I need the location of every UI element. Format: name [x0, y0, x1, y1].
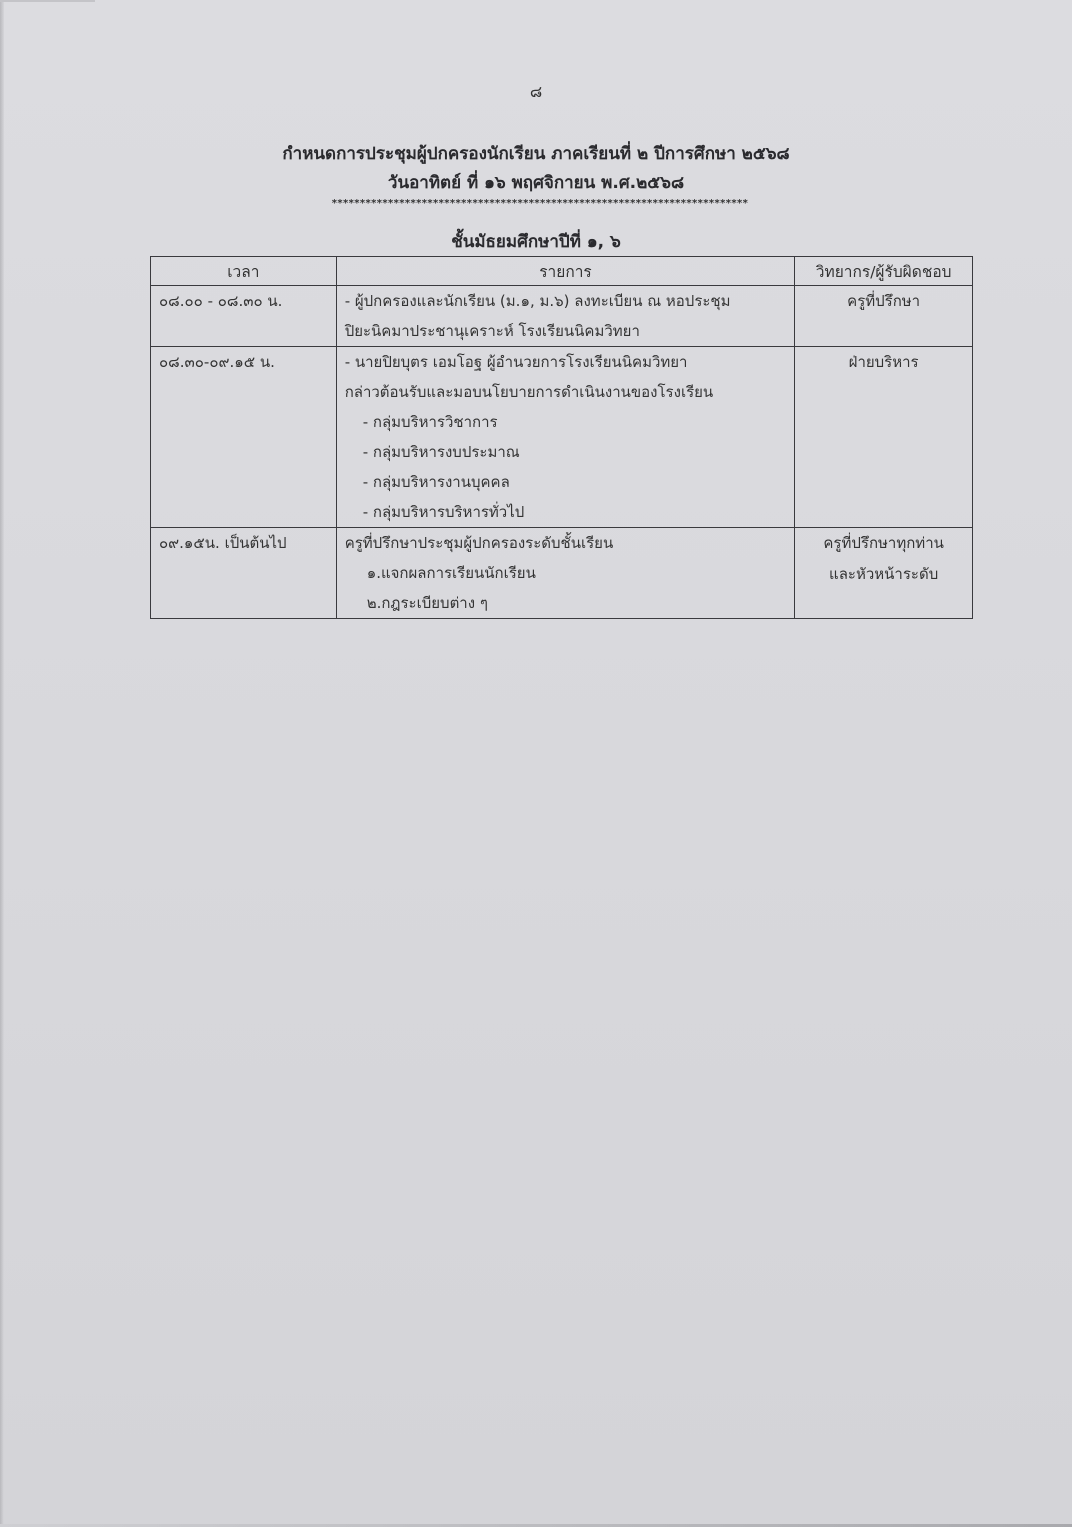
item-subline: - กลุ่มบริหารบริหารทั่วไป: [345, 497, 787, 527]
time-text: ๐๙.๑๕น. เป็นต้นไป: [159, 528, 328, 558]
schedule-table: เวลา รายการ วิทยากร/ผู้รับผิดชอบ ๐๘.๐๐ -…: [150, 256, 973, 619]
time-cell: ๐๙.๑๕น. เป็นต้นไป: [151, 528, 337, 619]
header-time: เวลา: [151, 257, 337, 286]
title-line-1: กำหนดการประชุมผู้ปกครองนักเรียน ภาคเรียน…: [0, 140, 1072, 169]
header-item: รายการ: [336, 257, 795, 286]
responsible-cell: ฝ่ายบริหาร: [795, 347, 973, 528]
item-line: - นายปิยบุตร เอมโอฐ ผู้อำนวยการโรงเรียนน…: [345, 347, 787, 377]
table-row: ๐๘.๓๐-๐๙.๑๕ น. - นายปิยบุตร เอมโอฐ ผู้อำ…: [151, 347, 973, 528]
responsible-text: ฝ่ายบริหาร: [803, 347, 964, 378]
grade-subtitle: ชั้นมัธยมศึกษาปีที่ ๑, ๖: [0, 228, 1072, 255]
responsible-text: ครูที่ปรึกษา: [803, 286, 964, 317]
paper-edge-top: [0, 0, 95, 2]
item-line: ปิยะนิคมาประชานุเคราะห์ โรงเรียนนิคมวิทย…: [345, 316, 787, 346]
item-cell: ครูที่ปรึกษาประชุมผู้ปกครองระดับชั้นเรีย…: [336, 528, 795, 619]
time-text: ๐๘.๓๐-๐๙.๑๕ น.: [159, 347, 328, 377]
time-text: ๐๘.๐๐ - ๐๘.๓๐ น.: [159, 286, 328, 316]
item-subline: - กลุ่มบริหารงบประมาณ: [345, 437, 787, 467]
item-subline: ๒.กฎระเบียบต่าง ๆ: [345, 588, 787, 618]
item-subline: ๑.แจกผลการเรียนนักเรียน: [345, 558, 787, 588]
item-subline: - กลุ่มบริหารวิชาการ: [345, 407, 787, 437]
responsible-text: ครูที่ปรึกษาทุกท่าน: [803, 528, 964, 559]
table-row: ๐๘.๐๐ - ๐๘.๓๐ น. - ผู้ปกครองและนักเรียน …: [151, 286, 973, 347]
item-cell: - ผู้ปกครองและนักเรียน (ม.๑, ม.๖) ลงทะเบ…: [336, 286, 795, 347]
item-cell: - นายปิยบุตร เอมโอฐ ผู้อำนวยการโรงเรียนน…: [336, 347, 795, 528]
schedule-body: ๐๘.๐๐ - ๐๘.๓๐ น. - ผู้ปกครองและนักเรียน …: [151, 286, 973, 619]
item-line: กล่าวต้อนรับและมอบนโยบายการดำเนินงานของโ…: [345, 377, 787, 407]
table-row: ๐๙.๑๕น. เป็นต้นไป ครูที่ปรึกษาประชุมผู้ป…: [151, 528, 973, 619]
header-responsible: วิทยากร/ผู้รับผิดชอบ: [795, 257, 973, 286]
table-header-row: เวลา รายการ วิทยากร/ผู้รับผิดชอบ: [151, 257, 973, 286]
time-cell: ๐๘.๓๐-๐๙.๑๕ น.: [151, 347, 337, 528]
responsible-text: และหัวหน้าระดับ: [803, 559, 964, 590]
item-line: - ผู้ปกครองและนักเรียน (ม.๑, ม.๖) ลงทะเบ…: [345, 286, 787, 316]
responsible-cell: ครูที่ปรึกษา: [795, 286, 973, 347]
responsible-cell: ครูที่ปรึกษาทุกท่าน และหัวหน้าระดับ: [795, 528, 973, 619]
time-cell: ๐๘.๐๐ - ๐๘.๓๐ น.: [151, 286, 337, 347]
title-line-2: วันอาทิตย์ ที่ ๑๖ พฤศจิกายน พ.ศ.๒๕๖๘: [0, 169, 1072, 198]
item-subline: - กลุ่มบริหารงานบุคคล: [345, 467, 787, 497]
separator-line: ****************************************…: [320, 198, 760, 209]
document-title: กำหนดการประชุมผู้ปกครองนักเรียน ภาคเรียน…: [0, 140, 1072, 198]
page-number: ๘: [0, 80, 1072, 105]
item-line: ครูที่ปรึกษาประชุมผู้ปกครองระดับชั้นเรีย…: [345, 528, 787, 558]
